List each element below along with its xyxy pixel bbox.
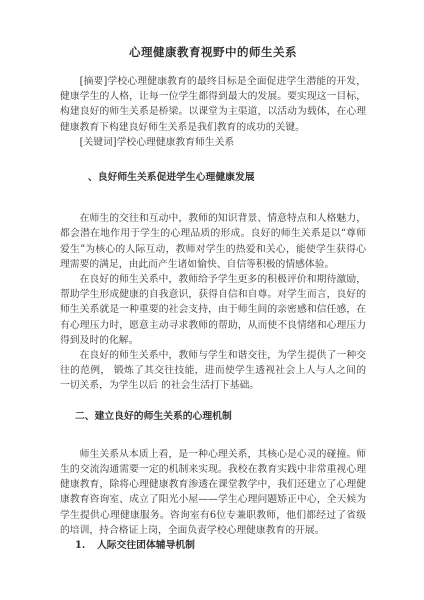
section-2-paragraph-1: 师生关系从本质上看，是一种心理关系，其核心是心灵的碰撞。师生的交流沟通需要一定的… bbox=[60, 447, 366, 538]
page-title: 心理健康教育视野中的师生关系 bbox=[60, 45, 366, 59]
abstract-paragraph: [摘要]学校心理健康教育的最终目标是全面促进学生潜能的开发，健康学生的人格，让每… bbox=[60, 74, 366, 135]
section-1-paragraph-3: 在良好的师生关系中，教师与学生和谐交往，为学生提供了一种交往的范例， 锻炼了其交… bbox=[60, 348, 366, 394]
keywords-line: [关键词]学校心理健康教育师生关系 bbox=[60, 135, 366, 150]
list-item-label: 人际交往团体辅导机制 bbox=[97, 538, 195, 553]
section-2-heading: 二、建立良好的师生关系的心理机制 bbox=[60, 409, 366, 424]
list-item-number: 1. bbox=[75, 538, 97, 553]
section-1-heading: 、良好师生关系促进学生心理健康发展 bbox=[60, 170, 366, 185]
numbered-list-item: 1. 人际交往团体辅导机制 bbox=[60, 538, 366, 553]
section-1-paragraph-1: 在师生的交往和互动中，教师的知识背景、情意特点和人格魅力，都会潜在地作用于学生的… bbox=[60, 211, 366, 272]
section-1-paragraph-2: 在良好的师生关系中，教师给予学生更多的积极评价和期待激励，帮助学生形成健康的自我… bbox=[60, 272, 366, 348]
document-page: 心理健康教育视野中的师生关系 [摘要]学校心理健康教育的最终目标是全面促进学生潜… bbox=[0, 0, 424, 600]
